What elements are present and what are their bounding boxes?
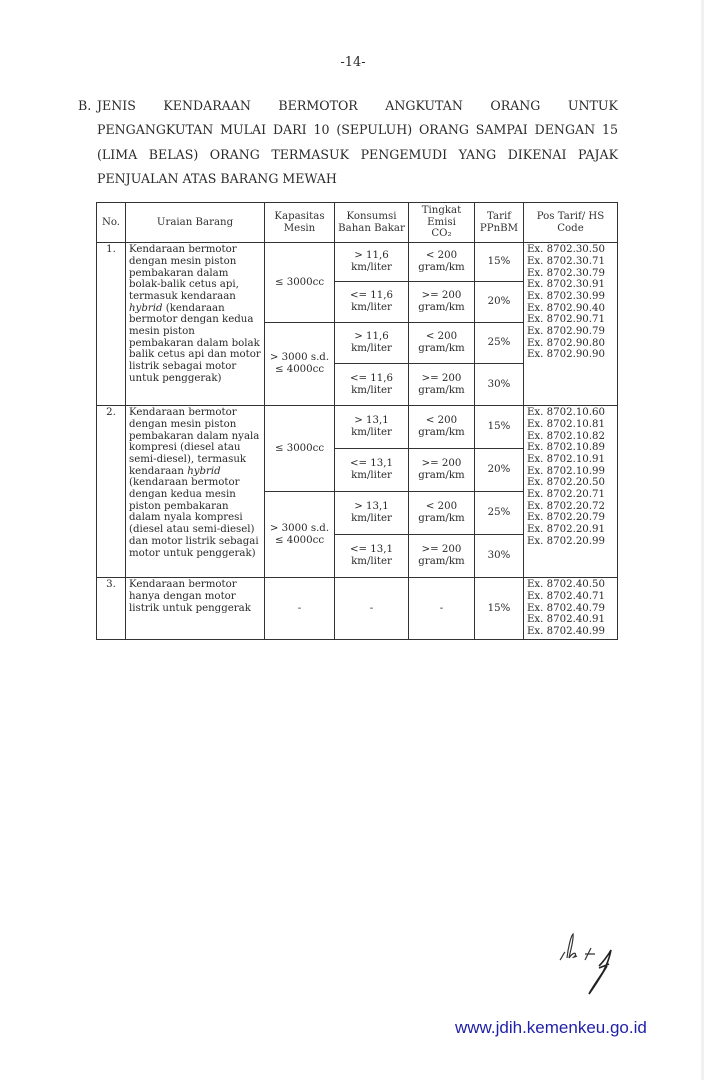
konsumsi-cell: - xyxy=(335,578,409,640)
emisi-cell: >= 200 gram/km xyxy=(409,449,475,492)
heading-word: ANGKUTAN xyxy=(385,94,463,118)
emisi-cell: >= 200 gram/km xyxy=(409,282,475,323)
hs-code: Ex. 8702.20.72 xyxy=(527,501,614,513)
hs-code: Ex. 8702.10.60 xyxy=(527,407,614,419)
kapasitas-cell: > 3000 s.d. ≤ 4000cc xyxy=(265,492,335,578)
hs-code: Ex. 8702.10.81 xyxy=(527,419,614,431)
hs-code: Ex. 8702.20.79 xyxy=(527,512,614,524)
heading-word: ORANG xyxy=(490,94,540,118)
row-number-cell: 2. xyxy=(97,406,126,578)
page-number: -14- xyxy=(0,55,706,70)
hs-code: Ex. 8702.40.99 xyxy=(527,626,614,638)
konsumsi-cell: <= 11,6 km/liter xyxy=(335,282,409,323)
konsumsi-cell: <= 13,1 km/liter xyxy=(335,449,409,492)
tarif-cell: 25% xyxy=(475,323,524,364)
table-row: 3.Kendaraan bermotor hanya dengan motor … xyxy=(97,578,618,640)
tarif-cell: 20% xyxy=(475,282,524,323)
emisi-cell: < 200 gram/km xyxy=(409,323,475,364)
tarif-cell: 15% xyxy=(475,406,524,449)
konsumsi-cell: <= 13,1 km/liter xyxy=(335,535,409,578)
description-text: Kendaraan bermotor hanya dengan motor li… xyxy=(129,579,251,613)
footer-url-link[interactable]: www.jdih.kemenkeu.go.id xyxy=(455,1018,647,1038)
section-heading: B. JENISKENDARAANBERMOTORANGKUTANORANGUN… xyxy=(78,94,618,191)
konsumsi-cell: <= 11,6 km/liter xyxy=(335,364,409,406)
emisi-cell: < 200 gram/km xyxy=(409,243,475,282)
kapasitas-cell: ≤ 3000cc xyxy=(265,406,335,492)
hs-code: Ex. 8702.20.71 xyxy=(527,489,614,501)
hs-code-cell: Ex. 8702.10.60Ex. 8702.10.81Ex. 8702.10.… xyxy=(524,406,618,578)
description-text: (kendaraan bermotor dengan kedua mesin p… xyxy=(129,303,261,384)
hs-code-cell: Ex. 8702.40.50Ex. 8702.40.71Ex. 8702.40.… xyxy=(524,578,618,640)
description-text: Kendaraan bermotor dengan mesin piston p… xyxy=(129,244,239,302)
ppnbm-tariff-table: No. Uraian Barang Kapasitas Mesin Konsum… xyxy=(96,202,618,640)
row-number-cell: 3. xyxy=(97,578,126,640)
hs-code: Ex. 8702.90.40 xyxy=(527,303,614,315)
emisi-cell: >= 200 gram/km xyxy=(409,364,475,406)
heading-line-4: PENJUALAN ATAS BARANG MEWAH xyxy=(97,167,618,191)
heading-word: UNTUK xyxy=(568,94,618,118)
kapasitas-cell: ≤ 3000cc xyxy=(265,243,335,323)
hs-code: Ex. 8702.90.90 xyxy=(527,349,614,361)
emisi-cell: >= 200 gram/km xyxy=(409,535,475,578)
tarif-cell: 30% xyxy=(475,364,524,406)
hs-code: Ex. 8702.30.71 xyxy=(527,256,614,268)
hs-code: Ex. 8702.40.79 xyxy=(527,603,614,615)
description-text: (kendaraan bermotor dengan kedua mesin p… xyxy=(129,477,259,558)
row-number-cell: 1. xyxy=(97,243,126,406)
tarif-cell: 30% xyxy=(475,535,524,578)
emisi-cell: < 200 gram/km xyxy=(409,492,475,535)
header-emisi-label: Tingkat Emisi xyxy=(422,205,461,228)
table-header-row: No. Uraian Barang Kapasitas Mesin Konsum… xyxy=(97,203,618,243)
hs-code: Ex. 8702.10.99 xyxy=(527,466,614,478)
header-no: No. xyxy=(97,203,126,243)
description-italic: hybrid xyxy=(129,303,163,314)
header-tarif: Tarif PPnBM xyxy=(475,203,524,243)
hs-code: Ex. 8702.10.89 xyxy=(527,442,614,454)
hs-code: Ex. 8702.90.79 xyxy=(527,326,614,338)
tarif-cell: 25% xyxy=(475,492,524,535)
table-row: 1.Kendaraan bermotor dengan mesin piston… xyxy=(97,243,618,282)
heading-word: BERMOTOR xyxy=(278,94,357,118)
konsumsi-cell: > 11,6 km/liter xyxy=(335,323,409,364)
hs-code: Ex. 8702.10.91 xyxy=(527,454,614,466)
description-cell: Kendaraan bermotor dengan mesin piston p… xyxy=(126,243,265,406)
heading-word: JENIS xyxy=(97,94,136,118)
hs-code: Ex. 8702.20.99 xyxy=(527,536,614,548)
hs-code: Ex. 8702.30.79 xyxy=(527,268,614,280)
table-body: 1.Kendaraan bermotor dengan mesin piston… xyxy=(97,243,618,640)
section-heading-text: JENISKENDARAANBERMOTORANGKUTANORANGUNTUK… xyxy=(97,94,618,191)
heading-line-1: JENISKENDARAANBERMOTORANGKUTANORANGUNTUK xyxy=(97,94,618,118)
hs-code: Ex. 8702.20.50 xyxy=(527,477,614,489)
hs-code: Ex. 8702.30.99 xyxy=(527,291,614,303)
description-italic: hybrid xyxy=(187,466,221,477)
heading-line-3: (LIMA BELAS) ORANG TERMASUK PENGEMUDI YA… xyxy=(97,143,618,167)
heading-word: KENDARAAN xyxy=(163,94,251,118)
table-row: 2.Kendaraan bermotor dengan mesin piston… xyxy=(97,406,618,449)
hs-code: Ex. 8702.30.50 xyxy=(527,244,614,256)
hs-code: Ex. 8702.40.91 xyxy=(527,614,614,626)
hs-code: Ex. 8702.30.91 xyxy=(527,279,614,291)
kapasitas-cell: > 3000 s.d. ≤ 4000cc xyxy=(265,323,335,406)
tarif-cell: 20% xyxy=(475,449,524,492)
konsumsi-cell: > 11,6 km/liter xyxy=(335,243,409,282)
heading-line-2: PENGANGKUTAN MULAI DARI 10 (SEPULUH) ORA… xyxy=(97,118,618,142)
hs-code: Ex. 8702.10.82 xyxy=(527,431,614,443)
hs-code: Ex. 8702.90.80 xyxy=(527,338,614,350)
hs-code: Ex. 8702.20.91 xyxy=(527,524,614,536)
header-uraian: Uraian Barang xyxy=(126,203,265,243)
hs-code: Ex. 8702.40.71 xyxy=(527,591,614,603)
page-edge xyxy=(701,0,704,1080)
section-letter: B. xyxy=(78,94,91,118)
header-konsumsi: Konsumsi Bahan Bakar xyxy=(335,203,409,243)
header-emisi-co2: CO₂ xyxy=(431,228,451,239)
header-kapasitas: Kapasitas Mesin xyxy=(265,203,335,243)
hs-code-cell: Ex. 8702.30.50Ex. 8702.30.71Ex. 8702.30.… xyxy=(524,243,618,406)
konsumsi-cell: > 13,1 km/liter xyxy=(335,406,409,449)
hs-code: Ex. 8702.90.71 xyxy=(527,314,614,326)
emisi-cell: < 200 gram/km xyxy=(409,406,475,449)
header-pos-tarif: Pos Tarif/ HS Code xyxy=(524,203,618,243)
konsumsi-cell: > 13,1 km/liter xyxy=(335,492,409,535)
tarif-cell: 15% xyxy=(475,578,524,640)
tarif-cell: 15% xyxy=(475,243,524,282)
hs-code: Ex. 8702.40.50 xyxy=(527,579,614,591)
description-cell: Kendaraan bermotor dengan mesin piston p… xyxy=(126,406,265,578)
header-emisi: Tingkat EmisiCO₂ xyxy=(409,203,475,243)
emisi-cell: - xyxy=(409,578,475,640)
description-cell: Kendaraan bermotor hanya dengan motor li… xyxy=(126,578,265,640)
signature-initials-icon xyxy=(555,930,625,1000)
kapasitas-cell: - xyxy=(265,578,335,640)
